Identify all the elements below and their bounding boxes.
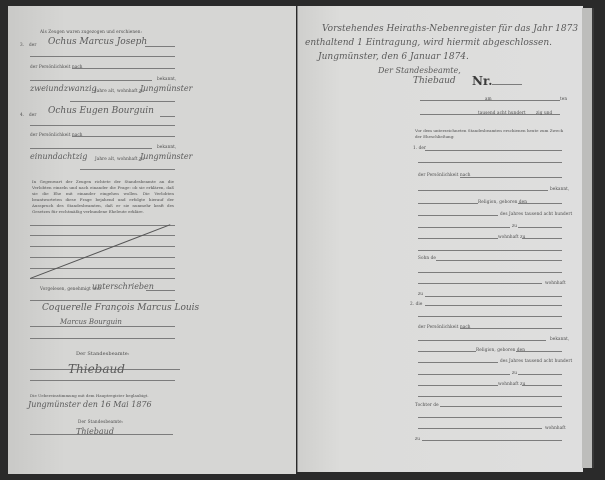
- rule: [518, 227, 562, 228]
- rule: [425, 305, 562, 306]
- witness1-prefix: der: [29, 42, 36, 47]
- rule: [418, 283, 542, 284]
- rule: [522, 385, 562, 386]
- witness2-age: einundachtzig: [30, 152, 87, 161]
- form-bride-jahres: des Jahres tausend acht hundert: [500, 358, 572, 363]
- rule: [418, 238, 498, 239]
- form-groom-zu: zu: [512, 223, 517, 228]
- closing-note-line2: enthaltend 1 Eintragung, wird hiermit ab…: [305, 38, 552, 48]
- rule: [80, 169, 175, 170]
- certification-place-date: Jungmünster den 16 Mai 1876: [28, 400, 152, 409]
- form-groom-sohn: Sohn de: [418, 255, 436, 260]
- witness2-prefix: der: [29, 112, 36, 117]
- rule: [30, 56, 175, 57]
- rule: [418, 203, 478, 204]
- witness2-bekannt-label: bekannt,: [157, 144, 176, 149]
- closing-note-line3: Jungmünster, den 6 Januar 1874.: [318, 52, 469, 62]
- rule: [492, 84, 522, 85]
- rule: [70, 101, 175, 102]
- rule: [72, 68, 175, 69]
- form-groom-zu2: zu: [418, 291, 423, 296]
- rule: [30, 326, 175, 327]
- rule: [30, 338, 175, 339]
- rule: [30, 434, 173, 435]
- rule: [418, 417, 562, 418]
- rule: [30, 125, 175, 126]
- rule: [160, 116, 175, 117]
- closing-note-line1: Vorstehendes Heiraths-Nebenregister für …: [322, 24, 578, 34]
- signatures-line1: Coquerelle François Marcus Louis: [42, 303, 199, 313]
- form-groom-bekannt: bekannt,: [550, 186, 569, 191]
- form-bride-zu2: zu: [415, 436, 420, 441]
- witness1-age-label: Jahre alt, wohnhaft zu: [95, 88, 144, 93]
- rule: [418, 374, 510, 375]
- form-bride-prefix: 2. die: [410, 301, 422, 306]
- standesbeamte-signature: Thiebaud: [68, 362, 125, 376]
- rule: [418, 316, 562, 317]
- rule: [418, 428, 542, 429]
- rule: [418, 340, 546, 341]
- witness2-age-label: Jahre alt, wohnhaft zu: [95, 156, 144, 161]
- form-intro: Vor dem unterzeichneten Standesbeamten e…: [415, 128, 563, 140]
- page-edge: [582, 8, 594, 468]
- rule: [30, 148, 152, 149]
- rule: [418, 250, 562, 251]
- rule: [418, 351, 476, 352]
- rule: [425, 296, 562, 297]
- rule: [518, 203, 562, 204]
- rule: [436, 260, 562, 261]
- rule: [516, 351, 562, 352]
- rule: [440, 406, 562, 407]
- rule: [30, 235, 175, 236]
- standesbeamte-label: Der Standesbeamte:: [76, 351, 130, 357]
- rule: [30, 380, 175, 381]
- rule: [522, 238, 562, 239]
- rule: [460, 328, 562, 329]
- vorgelesen-value: unterschrieben: [92, 282, 154, 291]
- form-ten: ten: [560, 96, 567, 101]
- witness1-age: zweiundzwanzig: [30, 84, 97, 93]
- ceremony-paragraph: In Gegenwart der Zeugen richtete der Sta…: [32, 179, 174, 215]
- witness2-number: 4.: [20, 112, 24, 117]
- form-am: am: [485, 96, 492, 101]
- rule: [418, 385, 498, 386]
- form-zig: zig und: [536, 110, 552, 115]
- rule: [425, 150, 562, 151]
- witness2-name: Ochus Eugen Bourguin: [48, 106, 154, 116]
- signatures-line2: Marcus Bourguin: [60, 318, 122, 326]
- witness1-residence: Jungmünster: [140, 84, 192, 93]
- closing-note-signature: Thiebaud: [413, 76, 456, 86]
- rule: [460, 177, 562, 178]
- certification-text: Die Uebereinstimmung mit dem Hauptregist…: [30, 393, 149, 398]
- closing-note-signer-title: Der Standesbeamte,: [378, 66, 461, 75]
- rule: [418, 215, 498, 216]
- form-bride-wohnhaft2: wohnhaft: [545, 425, 566, 430]
- witnesses-intro: Als Zeugen waren zugezogen und erschiene…: [40, 29, 142, 34]
- rule: [30, 257, 175, 258]
- form-groom-wohnhaft2: wohnhaft: [545, 280, 566, 285]
- rule: [422, 440, 562, 441]
- rule: [30, 300, 175, 301]
- rule: [418, 190, 548, 191]
- rule: [418, 272, 562, 273]
- form-tausend: tausend acht hundert: [478, 110, 526, 115]
- witness1-bekannt-label: bekannt,: [157, 76, 176, 81]
- rule: [418, 162, 562, 163]
- rule: [518, 374, 562, 375]
- rule: [30, 278, 175, 279]
- standesbeamte-label-2: Der Standesbeamte:: [78, 419, 123, 424]
- rule: [418, 362, 498, 363]
- form-bride-bekannt: bekannt,: [550, 336, 569, 341]
- form-groom-jahres: des Jahres tausend acht hundert: [500, 211, 572, 216]
- form-bride-zu: zu: [512, 370, 517, 375]
- witness1-number: 3.: [20, 42, 24, 47]
- nr-label: Nr.: [472, 74, 492, 88]
- witness2-residence: Jungmünster: [140, 152, 192, 161]
- rule: [30, 80, 152, 81]
- rule: [418, 227, 510, 228]
- witness1-name: Ochus Marcus Joseph: [48, 37, 147, 47]
- rule: [146, 290, 175, 291]
- rule: [418, 396, 562, 397]
- rule: [145, 46, 175, 47]
- form-bride-tochter: Tochter de: [415, 402, 439, 407]
- rule: [72, 136, 175, 137]
- rule: [30, 246, 175, 247]
- rule: [30, 225, 175, 226]
